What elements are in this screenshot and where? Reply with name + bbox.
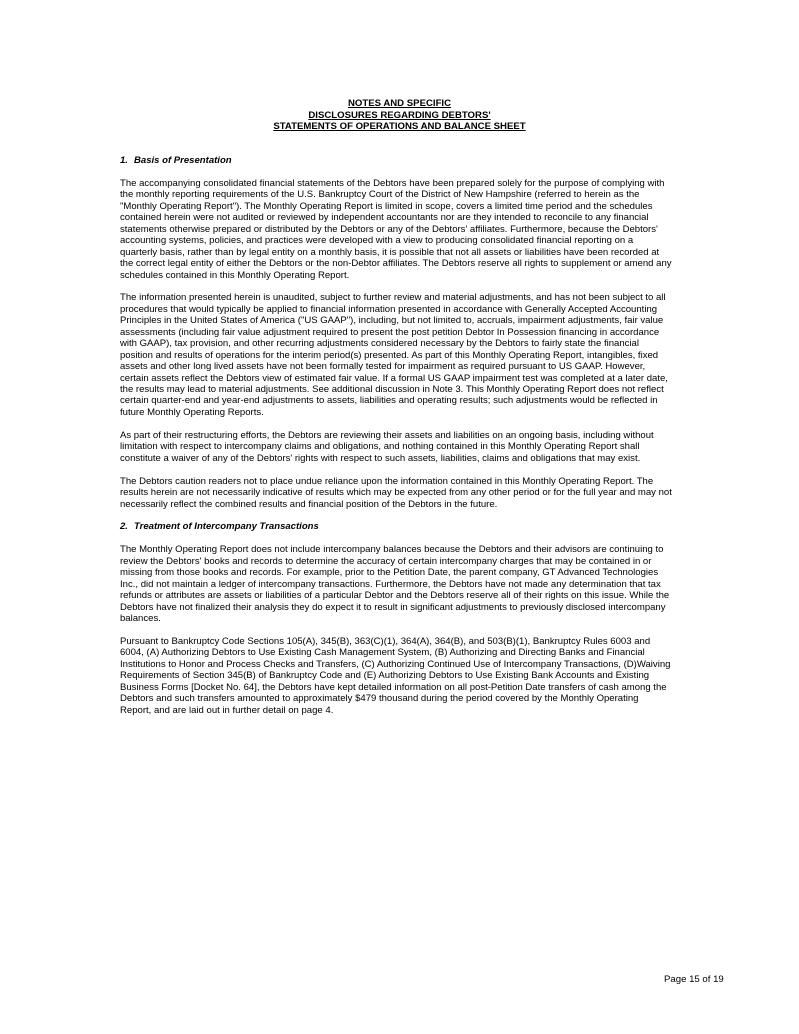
section-basis-of-presentation: 1.Basis of Presentation The accompanying… — [120, 155, 672, 510]
section-intercompany-transactions: 2.Treatment of Intercompany Transactions… — [120, 521, 672, 716]
section-heading: 1.Basis of Presentation — [120, 155, 672, 166]
paragraph: The accompanying consolidated financial … — [120, 178, 672, 281]
section-number: 2. — [120, 521, 134, 532]
paragraph: The information presented herein is unau… — [120, 292, 672, 418]
title-line-1: NOTES AND SPECIFIC — [0, 98, 799, 110]
page-number: Page 15 of 19 — [664, 974, 724, 986]
paragraph: As part of their restructuring efforts, … — [120, 430, 672, 464]
section-title: Basis of Presentation — [134, 155, 232, 166]
document-body: 1.Basis of Presentation The accompanying… — [120, 155, 672, 728]
section-number: 1. — [120, 155, 134, 166]
title-line-3: STATEMENTS OF OPERATIONS AND BALANCE SHE… — [0, 121, 799, 133]
title-line-2: DISCLOSURES REGARDING DEBTORS' — [0, 110, 799, 122]
paragraph: The Monthly Operating Report does not in… — [120, 544, 672, 624]
document-title: NOTES AND SPECIFIC DISCLOSURES REGARDING… — [0, 98, 799, 133]
paragraph: The Debtors caution readers not to place… — [120, 476, 672, 510]
paragraph: Pursuant to Bankruptcy Code Sections 105… — [120, 636, 672, 716]
section-heading: 2.Treatment of Intercompany Transactions — [120, 521, 672, 532]
section-title: Treatment of Intercompany Transactions — [134, 521, 319, 532]
document-page: NOTES AND SPECIFIC DISCLOSURES REGARDING… — [0, 0, 799, 1034]
